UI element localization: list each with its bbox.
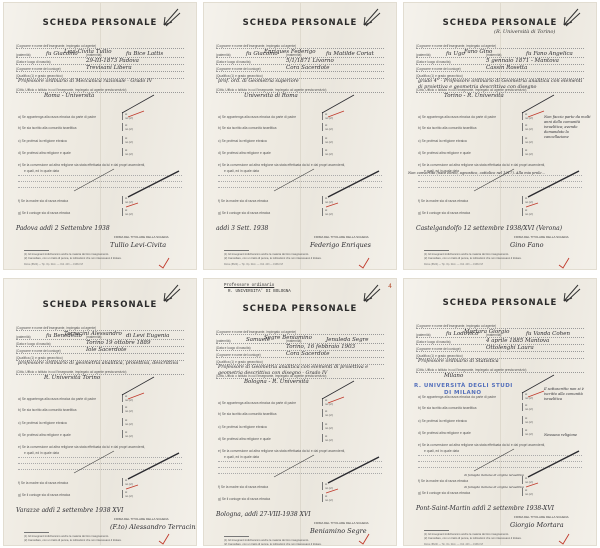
option-no: no (2) bbox=[125, 409, 140, 413]
field-label: (Qualifica (1) e grado gerarchico) bbox=[16, 356, 63, 360]
check-arrow-icon bbox=[358, 7, 382, 29]
field-value-father: Samuele bbox=[246, 337, 270, 343]
place-date: Padova addì 2 Settembre 1938 bbox=[16, 225, 110, 232]
option-no: no (2) bbox=[325, 438, 340, 442]
question-f: f) Se la madre sia di razza ebraica bbox=[218, 199, 268, 203]
footnote-rule bbox=[424, 250, 449, 251]
field-value-birth: 5 gennaio 1871 - Mantova bbox=[486, 58, 559, 64]
signature: Gino Fano bbox=[510, 241, 543, 249]
yes-no-box: sìno (2) bbox=[322, 398, 340, 406]
question-d: d) Se professi altra religione e quale bbox=[218, 151, 271, 155]
question-c: c) Se professi la religione ebraica bbox=[18, 139, 67, 143]
yes-no-box: sìno (2) bbox=[522, 392, 540, 400]
signature-label: FIRMA DEL TITOLARE DELLA SCHEDA bbox=[514, 515, 569, 519]
field-label: (Cognome e nome dell'insegnante, impiega… bbox=[216, 330, 296, 334]
signature: Tullio Levi-Civita bbox=[110, 241, 166, 249]
signature-label: FIRMA DEL TITOLARE DELLA SCHEDA bbox=[114, 235, 169, 239]
field-rank: (Qualifica (1) e grado gerarchico) bbox=[16, 71, 184, 79]
field-value-spouse: Cora Sacerdote bbox=[286, 351, 329, 357]
question-c: c) Se professi la religione ebraica bbox=[18, 421, 67, 425]
field-rank: (Qualifica (1) e grado gerarchico) bbox=[216, 71, 384, 79]
question-b: b) Se sia iscritto alla comunità israeli… bbox=[18, 408, 76, 412]
question-c: c) Se professi la religione ebraica bbox=[418, 419, 467, 423]
field-label: (Cognome e nome dell'insegnante, impiega… bbox=[16, 326, 96, 330]
question-e: e quali, ed in quale data bbox=[24, 451, 59, 455]
option-no: no (2) bbox=[325, 127, 340, 131]
option-no: no (2) bbox=[525, 127, 540, 131]
question-e: e quali, ed in quale data bbox=[424, 449, 459, 453]
yes-no-box: sìno (2) bbox=[522, 403, 540, 411]
footnote: (2) Cancellare, con un tratto di penna, … bbox=[224, 257, 322, 260]
note-a: Il sottoscritto non si è iscritto alla c… bbox=[544, 387, 594, 402]
check-arrow-icon bbox=[558, 283, 582, 305]
footnote-rule bbox=[224, 536, 249, 537]
yes-no-box: sìno (2) bbox=[122, 196, 140, 204]
option-no: no (2) bbox=[125, 152, 140, 156]
yes-no-box: sìno (2) bbox=[122, 394, 140, 402]
document-collage: SCHEDA PERSONALE(Cognome e nome dell'ins… bbox=[0, 0, 600, 548]
question-e: e) Se la conversione ad altra religione … bbox=[418, 163, 545, 167]
option-no: no (2) bbox=[325, 498, 340, 502]
question-d: d) Se professi altra religione e quale bbox=[18, 151, 71, 155]
yes-no-box: sìno (2) bbox=[522, 123, 540, 131]
printer-imprint: Roma (8620) — Tip. Op. Rom. — Ord. 243 —… bbox=[24, 545, 83, 546]
question-a: a) Se appartenga alla razza ebraica da p… bbox=[218, 115, 296, 119]
footnote: (1) Gli insegnanti indicheranno anche la… bbox=[224, 253, 309, 256]
yes-no-box: sìno (2) bbox=[522, 416, 540, 424]
field-value-birth: 29-III-1873 Padova bbox=[86, 58, 139, 64]
footnote-rule bbox=[424, 530, 449, 531]
field-office: (Città, Ufficio o Istituto in cui l'inse… bbox=[216, 85, 384, 93]
question-b: b) Se sia iscritto alla comunità israeli… bbox=[418, 406, 476, 410]
question-f: f) Se la madre sia di razza ebraica bbox=[18, 481, 68, 485]
note-f: di famiglia italiana di origine israelit… bbox=[464, 473, 524, 478]
yes-no-box: sìno (2) bbox=[122, 405, 140, 413]
answer-line bbox=[18, 463, 182, 464]
question-c: c) Se professi la religione ebraica bbox=[418, 139, 467, 143]
field-label: (Qualifica (1) e grado gerarchico) bbox=[416, 354, 463, 358]
option-no: no (2) bbox=[125, 434, 140, 438]
option-no: no (2) bbox=[525, 116, 540, 120]
signature-label: FIRMA DEL TITOLARE DELLA SCHEDA bbox=[314, 235, 369, 239]
question-b: b) Se sia iscritto alla comunità israeli… bbox=[18, 126, 76, 130]
field-office: (Città, Ufficio o Istituto in cui l'inse… bbox=[16, 85, 184, 93]
question-b: b) Se sia iscritto alla comunità israeli… bbox=[418, 126, 476, 130]
field-label: (Cognome e nome dell'insegnante, impiega… bbox=[16, 44, 96, 48]
field-value-father: fu Lodovico bbox=[446, 331, 478, 337]
option-no: no (2) bbox=[125, 422, 140, 426]
question-g: g) Se il coniuge sia di razza ebraica bbox=[218, 497, 270, 501]
question-a: a) Se appartenga alla razza ebraica da p… bbox=[18, 115, 96, 119]
field-value-father: fu Giacomo bbox=[246, 51, 278, 57]
yes-no-box: sìno (2) bbox=[122, 478, 140, 486]
question-f: f) Se la madre sia di razza ebraica bbox=[418, 479, 468, 483]
field-office: (Città, Ufficio o Istituto in cui l'inse… bbox=[416, 365, 584, 373]
question-a: a) Se appartenga alla razza ebraica da p… bbox=[418, 115, 496, 119]
place-date: addì 3 Sett. 1938 bbox=[216, 225, 268, 232]
answer-line bbox=[218, 187, 382, 188]
yes-no-box: sìno (2) bbox=[122, 123, 140, 131]
field-value-spouse: Trevisani Libera bbox=[86, 65, 132, 71]
footnote-rule bbox=[224, 250, 249, 251]
check-arrow-icon bbox=[158, 283, 182, 305]
question-f: f) Se la madre sia di razza ebraica bbox=[18, 199, 68, 203]
option-no: no (2) bbox=[525, 420, 540, 424]
scheda-levi-civita: SCHEDA PERSONALE(Cognome e nome dell'ins… bbox=[3, 2, 197, 270]
option-no: no (2) bbox=[525, 432, 540, 436]
yes-no-box: sìno (2) bbox=[522, 488, 540, 496]
field-value-mother: Jenuleda Segre bbox=[326, 337, 369, 343]
signature-label: FIRMA DEL TITOLARE DELLA SCHEDA bbox=[514, 235, 569, 239]
check-arrow-icon bbox=[158, 7, 182, 29]
field-name: (Cognome e nome dell'insegnante, impiega… bbox=[216, 327, 384, 335]
option-no: no (2) bbox=[325, 212, 340, 216]
field-value-mother: fu Fano Angelica bbox=[526, 51, 573, 57]
option-no: no (2) bbox=[525, 152, 540, 156]
option-no: no (2) bbox=[325, 152, 340, 156]
signature-label: FIRMA DEL TITOLARE DELLA SCHEDA bbox=[314, 521, 369, 525]
answer-line bbox=[218, 461, 382, 462]
scheda-fano: SCHEDA PERSONALE(R. Università di Torino… bbox=[403, 2, 597, 270]
footnote: (1) Gli insegnanti indicheranno anche la… bbox=[424, 533, 509, 536]
note-g: di famiglia italiana di origine israelit… bbox=[464, 485, 524, 490]
option-no: no (2) bbox=[325, 116, 340, 120]
question-e: e quali, ed in quale data bbox=[24, 169, 59, 173]
field-rank: (Qualifica (1) e grado gerarchico) bbox=[16, 353, 184, 361]
option-no: no (2) bbox=[125, 212, 140, 216]
field-value-spouse: Iole Sacerdote bbox=[86, 347, 127, 353]
field-value-spouse: Cora Sacerdote bbox=[286, 65, 329, 71]
yes-no-box: sìno (2) bbox=[322, 196, 340, 204]
field-label: (Città, Ufficio o Istituto in cui l'inse… bbox=[416, 88, 526, 92]
yes-no-box: sìno (2) bbox=[322, 494, 340, 502]
footnote: (2) Cancellare, con un tratto di penna, … bbox=[224, 543, 322, 546]
yes-no-box: sìno (2) bbox=[322, 208, 340, 216]
place-date: Pont-Saint-Martin addì 2 settembre 1938-… bbox=[416, 505, 554, 512]
stamp-line: DI MILANO bbox=[414, 390, 513, 397]
field-value-mother: fu Bice Lattis bbox=[126, 51, 163, 57]
printer-imprint: Roma (8620) — Tip. Op. Rom. — Ord. 243 —… bbox=[424, 543, 483, 546]
answer-line bbox=[18, 175, 182, 176]
question-a: a) Se appartenga alla razza ebraica da p… bbox=[218, 401, 296, 405]
question-g: g) Se il coniuge sia di razza ebraica bbox=[418, 211, 470, 215]
yes-no-box: sìno (2) bbox=[322, 422, 340, 430]
field-label: (Città, Ufficio o Istituto in cui l'inse… bbox=[216, 374, 326, 378]
option-no: no (2) bbox=[325, 402, 340, 406]
footnote: (1) Gli insegnanti indicheranno anche la… bbox=[24, 253, 109, 256]
field-value-birth: 5/1/1871 Livorno bbox=[286, 58, 334, 64]
answer-line bbox=[418, 187, 582, 188]
place-date: Castelgandolfo 12 settembre 1938/XVI (Ve… bbox=[416, 225, 562, 232]
yes-no-box: sìno (2) bbox=[122, 430, 140, 438]
field-value-mother: fu Matilde Coriat bbox=[326, 51, 374, 57]
yes-no-box: sìno (2) bbox=[122, 112, 140, 120]
printer-imprint: Roma (8620) — Tip. Op. Rom. — Ord. 243 —… bbox=[424, 263, 483, 266]
scheda-enriques: SCHEDA PERSONALE(Cognome e nome dell'ins… bbox=[203, 2, 397, 270]
question-b: b) Se sia iscritto alla comunità israeli… bbox=[218, 412, 276, 416]
yes-no-box: sìno (2) bbox=[522, 136, 540, 144]
note-e: Non convertito (nato ebreo, agnostico, c… bbox=[408, 171, 594, 176]
yes-no-box: sìno (2) bbox=[122, 418, 140, 426]
question-d: d) Se professi altra religione e quale bbox=[418, 151, 471, 155]
place-date: Varazze addì 2 settembre 1938 XVI bbox=[16, 507, 123, 514]
yes-no-box: sìno (2) bbox=[322, 482, 340, 490]
field-office: (Città, Ufficio o Istituto in cui l'inse… bbox=[416, 85, 584, 93]
field-value-father: fu Ugo bbox=[446, 51, 465, 57]
question-b: b) Se sia iscritto alla comunità israeli… bbox=[218, 126, 276, 130]
question-f: f) Se la madre sia di razza ebraica bbox=[418, 199, 468, 203]
field-label: (Qualifica (1) e grado gerarchico) bbox=[16, 74, 63, 78]
field-value-birth: Torino 19 ottobre 1889 bbox=[86, 340, 150, 346]
footnote: (1) Gli insegnanti indicheranno anche la… bbox=[24, 535, 109, 538]
field-label: (Città, Ufficio o Istituto in cui l'inse… bbox=[16, 88, 126, 92]
question-d: d) Se professi altra religione e quale bbox=[418, 431, 471, 435]
note-b: Non faccio parte da molti anni della com… bbox=[544, 115, 594, 140]
answer-line bbox=[418, 467, 582, 468]
yes-no-box: sìno (2) bbox=[122, 490, 140, 498]
field-label: (Città, Ufficio o Istituto in cui l'inse… bbox=[216, 88, 326, 92]
check-arrow-icon bbox=[558, 7, 582, 29]
answer-line bbox=[18, 187, 182, 188]
footnote: (2) Cancellare, con un tratto di penna, … bbox=[424, 537, 522, 540]
question-e: e) Se la conversione ad altra religione … bbox=[218, 163, 345, 167]
field-label: (Cognome e nome dell'insegnante, impiega… bbox=[416, 44, 496, 48]
option-no: no (2) bbox=[125, 200, 140, 204]
question-g: g) Se il coniuge sia di razza ebraica bbox=[418, 491, 470, 495]
footnote: (2) Cancellare, con un tratto di penna, … bbox=[424, 257, 522, 260]
footnote-rule bbox=[24, 250, 49, 251]
yes-no-box: sìno (2) bbox=[322, 136, 340, 144]
answer-line bbox=[218, 473, 382, 474]
field-label: (Città, Ufficio o Istituto in cui l'inse… bbox=[416, 368, 526, 372]
question-f: f) Se la madre sia di razza ebraica bbox=[218, 485, 268, 489]
yes-no-box: sìno (2) bbox=[322, 112, 340, 120]
field-name: (Cognome e nome dell'insegnante, impiega… bbox=[16, 41, 184, 49]
answer-line bbox=[418, 461, 582, 462]
field-label: (Cognome e nome dell'insegnante, impiega… bbox=[416, 324, 496, 328]
option-no: no (2) bbox=[125, 127, 140, 131]
option-no: no (2) bbox=[325, 426, 340, 430]
option-no: no (2) bbox=[325, 413, 340, 417]
question-e: e) Se la conversione ad altra religione … bbox=[418, 443, 545, 447]
option-no: no (2) bbox=[125, 494, 140, 498]
option-no: no (2) bbox=[525, 492, 540, 496]
field-value-mother: fu Vanda Cohen bbox=[526, 331, 570, 337]
question-a: a) Se appartenga alla razza ebraica da p… bbox=[18, 397, 96, 401]
answer-line bbox=[418, 455, 582, 456]
field-name: (Cognome e nome dell'insegnante, impiega… bbox=[16, 323, 184, 331]
printer-imprint: Roma (8620) — Tip. Op. Rom. — Ord. 243 —… bbox=[224, 263, 283, 266]
option-no: no (2) bbox=[125, 116, 140, 120]
question-d: d) Se professi altra religione e quale bbox=[18, 433, 71, 437]
option-no: no (2) bbox=[525, 200, 540, 204]
question-e: e quali, ed in quale data bbox=[224, 169, 259, 173]
yes-no-box: sìno (2) bbox=[322, 148, 340, 156]
field-name: (Cognome e nome dell'insegnante, impiega… bbox=[416, 321, 584, 329]
answer-line bbox=[218, 467, 382, 468]
stamp-line: R. UNIVERSITÀ DEGLI STUDI bbox=[414, 383, 513, 390]
answer-line bbox=[418, 181, 582, 182]
note-d: Nessuna religione bbox=[544, 433, 594, 438]
form-subtitle: (R. Università di Torino) bbox=[494, 29, 555, 35]
question-c: c) Se professi la religione ebraica bbox=[218, 139, 267, 143]
field-name: (Cognome e nome dell'insegnante, impiega… bbox=[216, 41, 384, 49]
field-value-mother: di Levi Eugenia bbox=[126, 333, 169, 339]
answer-line bbox=[18, 457, 182, 458]
yes-no-box: sìno (2) bbox=[522, 148, 540, 156]
scheda-segre: Professore ordinarioR. UNIVERSITA' DI BO… bbox=[203, 278, 397, 546]
yes-no-box: sìno (2) bbox=[322, 123, 340, 131]
footnote-rule bbox=[24, 532, 49, 533]
footnote: (2) Cancellare, con un tratto di penna, … bbox=[24, 257, 122, 260]
yes-no-box: sìno (2) bbox=[522, 428, 540, 436]
yes-no-box: sìno (2) bbox=[522, 208, 540, 216]
field-office: (Città, Ufficio o Istituto in cui l'inse… bbox=[216, 371, 384, 379]
field-value-spouse: Ottolenghi Laura bbox=[486, 345, 534, 351]
yes-no-box: sìno (2) bbox=[322, 409, 340, 417]
option-no: no (2) bbox=[325, 200, 340, 204]
university-stamp: R. UNIVERSITÀ DEGLI STUDIDI MILANO bbox=[414, 383, 513, 397]
field-name: (Cognome e nome dell'insegnante, impiega… bbox=[416, 41, 584, 49]
answer-line bbox=[18, 469, 182, 470]
option-no: no (2) bbox=[325, 486, 340, 490]
field-value-spouse: Cassin Rosetta bbox=[486, 65, 527, 71]
question-e: e quali, ed in quale data bbox=[224, 455, 259, 459]
signature: Federigo Enriques bbox=[310, 241, 371, 249]
option-no: no (2) bbox=[325, 140, 340, 144]
question-c: c) Se professi la religione ebraica bbox=[218, 425, 267, 429]
check-arrow-icon bbox=[358, 283, 382, 305]
yes-no-box: sìno (2) bbox=[322, 434, 340, 442]
question-e: e) Se la conversione ad altra religione … bbox=[18, 163, 145, 167]
yes-no-box: sìno (2) bbox=[522, 476, 540, 484]
page-number: 4 bbox=[388, 283, 392, 290]
question-e: e) Se la conversione ad altra religione … bbox=[18, 445, 145, 449]
field-label: (Qualifica (1) e grado gerarchico) bbox=[416, 74, 463, 78]
scheda-mortara: SCHEDA PERSONALE(Cognome e nome dell'ins… bbox=[403, 278, 597, 546]
signature: Beniamino Segre bbox=[310, 527, 367, 535]
field-rank: (Qualifica (1) e grado gerarchico) bbox=[216, 357, 384, 365]
printer-imprint: Roma (8620) — Tip. Op. Rom. — Ord. 243 —… bbox=[24, 263, 83, 266]
footnote: (2) Cancellare, con un tratto di penna, … bbox=[24, 539, 122, 542]
option-no: no (2) bbox=[525, 140, 540, 144]
question-g: g) Se il coniuge sia di razza ebraica bbox=[218, 211, 270, 215]
yes-no-box: sìno (2) bbox=[522, 112, 540, 120]
form-title: SCHEDA PERSONALE bbox=[204, 304, 396, 314]
option-no: no (2) bbox=[125, 482, 140, 486]
question-d: d) Se professi altra religione e quale bbox=[218, 437, 271, 441]
footnote: (1) Gli insegnanti indicheranno anche la… bbox=[424, 253, 509, 256]
field-value-father: fu Giacomo bbox=[46, 51, 78, 57]
question-e: e) Se la conversione ad altra religione … bbox=[218, 449, 345, 453]
yes-no-box: sìno (2) bbox=[122, 136, 140, 144]
field-office: (Città, Ufficio o Istituto in cui l'inse… bbox=[16, 367, 184, 375]
yes-no-box: sìno (2) bbox=[122, 148, 140, 156]
scheda-terracini: SCHEDA PERSONALE(Cognome e nome dell'ins… bbox=[3, 278, 197, 546]
field-label: (Città, Ufficio o Istituto in cui l'inse… bbox=[16, 370, 126, 374]
question-g: g) Se il coniuge sia di razza ebraica bbox=[18, 493, 70, 497]
field-rank: (Qualifica (1) e grado gerarchico) bbox=[416, 351, 584, 359]
place-date: Bologna, addì 27-VIII-1938 XVI bbox=[216, 511, 311, 518]
option-no: no (2) bbox=[125, 398, 140, 402]
signature-label: FIRMA DEL TITOLARE DELLA SCHEDA bbox=[114, 517, 169, 521]
answer-line bbox=[18, 181, 182, 182]
option-no: no (2) bbox=[525, 212, 540, 216]
field-rank: (Qualifica (1) e grado gerarchico) bbox=[416, 71, 584, 79]
signature: Giorgio Mortara bbox=[510, 521, 564, 529]
field-value-father: fu Benedetto bbox=[46, 333, 82, 339]
option-no: no (2) bbox=[125, 140, 140, 144]
option-no: no (2) bbox=[525, 407, 540, 411]
option-no: no (2) bbox=[525, 480, 540, 484]
field-label: (Qualifica (1) e grado gerarchico) bbox=[216, 360, 263, 364]
signature: (F.to) Alessandro Terracini bbox=[110, 523, 197, 531]
answer-line bbox=[218, 181, 382, 182]
header-line: R. UNIVERSITA' DI BOLOGNA bbox=[228, 290, 291, 294]
option-no: no (2) bbox=[525, 396, 540, 400]
header-line: Professore ordinario bbox=[224, 284, 274, 288]
footnote: (1) Gli insegnanti indicheranno anche la… bbox=[224, 539, 309, 542]
yes-no-box: sìno (2) bbox=[122, 208, 140, 216]
field-value-birth: Torino, 16 febbraio 1903 bbox=[286, 344, 355, 350]
field-value-birth: 4 aprile 1885 Mantova bbox=[486, 338, 549, 344]
yes-no-box: sìno (2) bbox=[522, 196, 540, 204]
question-g: g) Se il coniuge sia di razza ebraica bbox=[18, 211, 70, 215]
field-label: (Qualifica (1) e grado gerarchico) bbox=[216, 74, 263, 78]
answer-line bbox=[218, 175, 382, 176]
field-label: (Cognome e nome dell'insegnante, impiega… bbox=[216, 44, 296, 48]
